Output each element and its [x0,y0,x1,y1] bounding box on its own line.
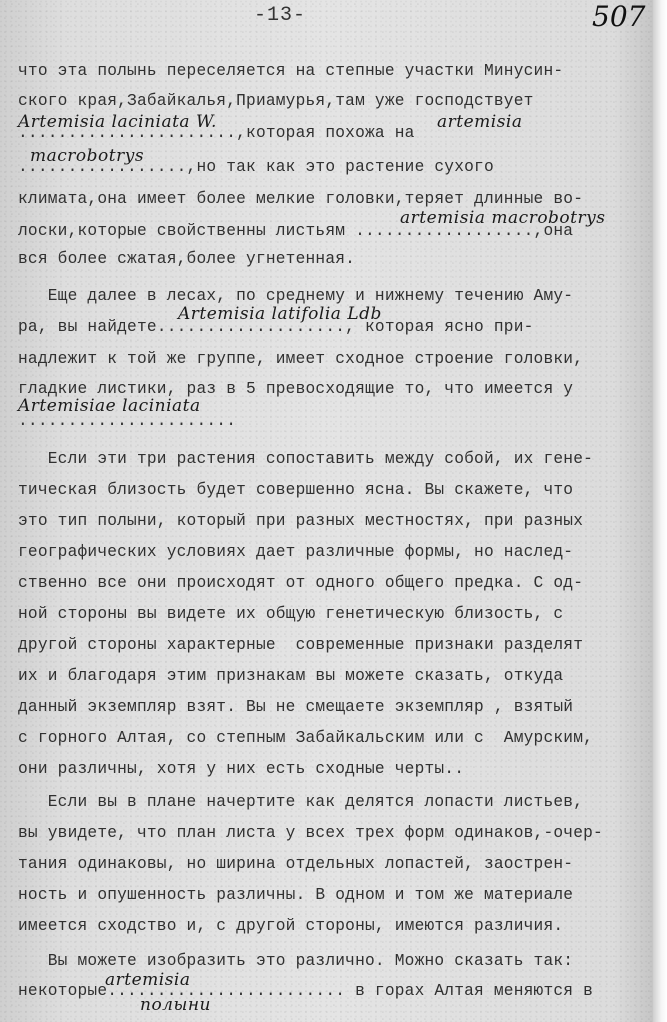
typed-line: Вы можете изобразить это различно. Можно… [18,952,573,970]
typed-line: тания одинаковы, но ширина отдельных лоп… [18,855,573,873]
typed-line: Если эти три растения сопоставить между … [18,450,593,468]
handwritten-annotation: artemisia [105,970,191,990]
typed-line: тическая близость будет совершенно ясна.… [18,481,573,499]
handwritten-annotation: artemisia [437,112,523,132]
typed-line: имеется сходство и, с другой стороны, им… [18,917,563,935]
typed-line: их и благодаря этим признакам вы можете … [18,667,563,685]
document-page: -13- 507 что эта полынь переселяется на … [0,0,667,1022]
handwritten-annotation: macrobotrys [30,146,144,166]
page-number: -13- [254,4,306,27]
page-edge [653,0,667,1022]
typed-line: вся более сжатая,более угнетенная. [18,250,355,268]
typed-line: климата,она имеет более мелкие головки,т… [18,190,583,208]
typed-line: это тип полыни, который при разных местн… [18,512,583,530]
typed-line: ность и опушенность различны. В одном и … [18,886,573,904]
typed-line: надлежит к той же группе, имеет сходное … [18,350,583,368]
handwritten-annotation: полыни [140,995,211,1015]
handwritten-annotation: Artemisia laciniata W. [18,112,217,132]
typed-line: данный экземпляр взят. Вы не смещаете эк… [18,698,573,716]
typed-line: вы увидете, что план листа у всех трех ф… [18,824,603,842]
archive-number: 507 [592,0,645,33]
typed-line: Еще далее в лесах, по среднему и нижнему… [18,287,573,305]
handwritten-annotation: artemisia macrobotrys [400,208,605,228]
handwritten-annotation: Artemisia latifolia Ldb [178,304,382,324]
typed-line: с горного Алтая, со степным Забайкальски… [18,729,593,747]
handwritten-annotation: Artemisiae laciniata [18,396,201,416]
typed-line: другой стороны характерные современные п… [18,636,583,654]
typed-line: ственно все они происходят от одного общ… [18,574,583,592]
typed-line: ского края,Забайкалья,Приамурья,там уже … [18,92,534,110]
typed-line: Если вы в плане начертите как делятся ло… [18,793,583,811]
typed-line: ной стороны вы видете их общую генетичес… [18,605,563,623]
typed-line: что эта полынь переселяется на степные у… [18,62,563,80]
typed-line: географических условиях дает различные ф… [18,543,573,561]
typed-line: они различны, хотя у них есть сходные че… [18,760,464,778]
